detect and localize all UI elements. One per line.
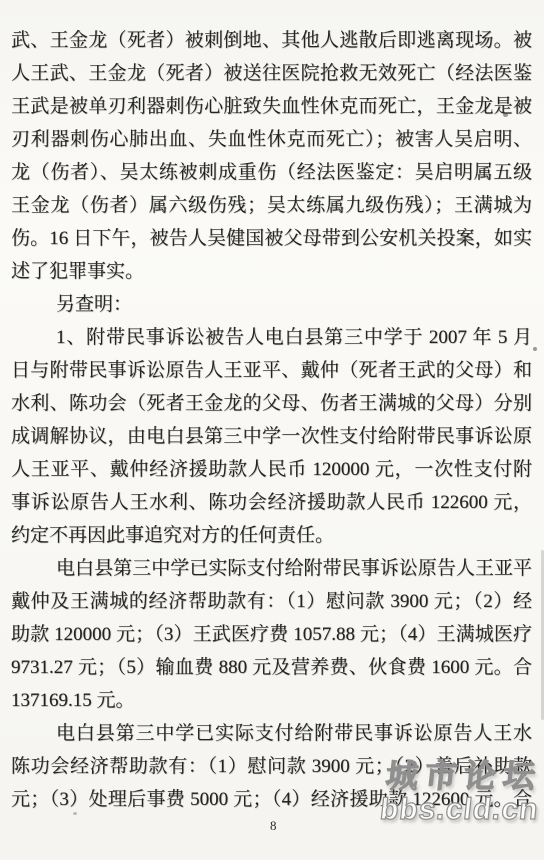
text-line: 137169.15 元。 xyxy=(11,684,532,717)
text-line: 另查明： xyxy=(11,288,532,321)
document-body: 武、王金龙（死者）被刺倒地、其他人逃散后即逃离现场。被害人王武、王金龙（死者）被… xyxy=(11,24,532,816)
scan-artifact-speck xyxy=(503,113,508,117)
text-line: 龙（伤者）、吴太练被刺成重伤（经法医鉴定：吴启明属五级伤残； xyxy=(11,156,532,189)
page-number: 8 xyxy=(270,818,277,834)
text-line: 王武是被单刃利器刺伤心脏致失血性休克而死亡，王金龙是被单 xyxy=(11,90,532,123)
text-line: 1、附带民事诉讼被告人电白县第三中学于 2007 年 5 月 31 xyxy=(11,321,532,354)
text-line: 刃利器刺伤心肺出血、失血性休克而死亡）；被害人吴启明、王金 xyxy=(11,123,532,156)
text-line: 助款 120000 元；（3）王武医疗费 1057.88 元；（4）王满城医疗费 xyxy=(11,618,532,651)
text-line: 戴仲及王满城的经济帮助款有：（1）慰问款 3900 元；（2）经济援 xyxy=(11,585,532,618)
text-line: 伤。16 日下午，被告人吴健国被父母带到公安机关投案，如实供 xyxy=(11,222,532,255)
text-line: 日与附带民事诉讼原告人王亚平、戴仲（死者王武的父母）和王 xyxy=(11,354,532,387)
text-line: 王金龙（伤者）属六级伤残；吴太练属九级伤残）；王满城为轻微 xyxy=(11,189,532,222)
text-line: 事诉讼原告人王水利、陈功会经济援助款人民币 122600 元，双方 xyxy=(11,486,532,519)
text-line: 约定不再因此事追究对方的任何责任。 xyxy=(11,519,532,552)
scan-artifact-speck xyxy=(533,347,537,351)
scanned-document-page: 武、王金龙（死者）被刺倒地、其他人逃散后即逃离现场。被害人王武、王金龙（死者）被… xyxy=(0,0,544,860)
text-line: 电白县第三中学已实际支付给附带民事诉讼原告人王亚平 xyxy=(11,552,532,585)
text-line: 元；（3）处理后事费 5000 元；（4）经济援助款 122600 元。合计 xyxy=(11,783,532,816)
text-line: 人王亚平、戴仲经济援助款人民币 120000 元，一次性支付附带民 xyxy=(11,453,532,486)
text-line: 述了犯罪事实。 xyxy=(11,255,532,288)
text-line: 9731.27 元；（5）输血费 880 元及营养费、伙食费 1600 元。合计 xyxy=(11,651,532,684)
scan-artifact-speck xyxy=(73,812,77,815)
text-line: 成调解协议，由电白县第三中学一次性支付给附带民事诉讼原告 xyxy=(11,420,532,453)
text-line: 陈功会经济帮助款有：（1）慰问款 3900 元；（2）善后补助款 3000 xyxy=(11,750,532,783)
text-line: 人王武、王金龙（死者）被送往医院抢救无效死亡（经法医鉴定： xyxy=(11,57,532,90)
text-line: 电白县第三中学已实际支付给附带民事诉讼原告人王水利、 xyxy=(11,717,532,750)
text-line: 武、王金龙（死者）被刺倒地、其他人逃散后即逃离现场。被害 xyxy=(11,24,532,57)
text-line: 水利、陈功会（死者王金龙的父母、伤者王满城的父母）分别达 xyxy=(11,387,532,420)
